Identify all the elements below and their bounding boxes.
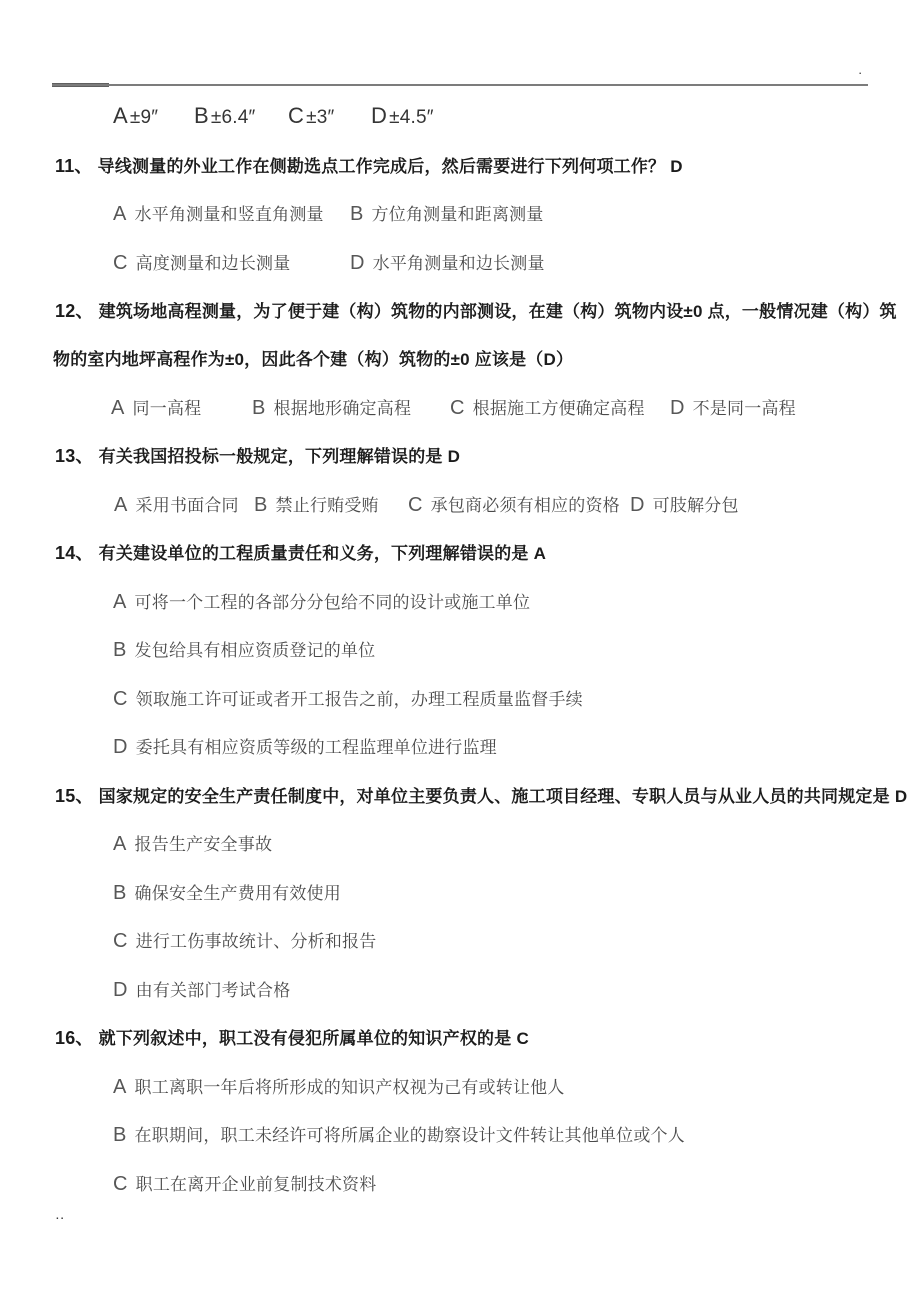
- option-letter: A: [113, 203, 127, 225]
- option-text: ±3″: [306, 107, 334, 128]
- question-12-stem-line-1: 12、建筑场地高程测量，为了便于建（构）筑物的内部测设，在建（构）筑物内设±0 …: [55, 297, 920, 323]
- option-letter: C: [450, 397, 465, 419]
- page-bottom-dots-mark: ..: [56, 1211, 66, 1222]
- question-15-option-d: D由有关部门考试合格: [0, 976, 920, 1002]
- question-12-stem-line-2: 物的室内地坪高程作为±0，因此各个建（构）筑物的±0 应该是（D）: [53, 345, 920, 371]
- question-14-option-d: D委托具有相应资质等级的工程监理单位进行监理: [0, 733, 920, 759]
- option-letter: B: [254, 494, 268, 516]
- question-text: 国家规定的安全生产责任制度中，对单位主要负责人、施工项目经理、专职人员与从业人员…: [99, 787, 890, 806]
- option-letter: C: [113, 688, 128, 710]
- option-text: 高度测量和边长测量: [136, 254, 291, 273]
- option-letter: D: [113, 979, 128, 1001]
- option-text: 水平角测量和边长测量: [373, 254, 545, 273]
- option-item: A±9″: [113, 103, 158, 129]
- question-number: 13、: [55, 446, 94, 466]
- question-14-option-c: C领取施工许可证或者开工报告之前，办理工程质量监督手续: [0, 685, 920, 711]
- option-item: C承包商必须有相应的资格: [408, 491, 620, 517]
- option-text: 在职期间，职工未经许可将所属企业的勘察设计文件转让其他单位或个人: [135, 1126, 685, 1145]
- question-number: 12、: [55, 301, 94, 321]
- option-item: D水平角测量和边长测量: [350, 249, 545, 275]
- question-text: 就下列叙述中，职工没有侵犯所属单位的知识产权的是: [99, 1029, 512, 1048]
- question-text: 有关建设单位的工程质量责任和义务，下列理解错误的是: [99, 544, 529, 563]
- option-text: 禁止行贿受贿: [276, 496, 379, 515]
- option-text: ±4.5″: [389, 107, 434, 128]
- option-letter: A: [113, 1076, 127, 1098]
- stray-dot-mark: ·: [858, 68, 862, 78]
- option-text: 不是同一高程: [693, 399, 796, 418]
- option-item: B根据地形确定高程: [252, 394, 411, 420]
- question-11-stem: 11、导线测量的外业工作在侧勘选点工作完成后，然后需要进行下列何项工作？D: [55, 152, 920, 178]
- option-letter: D: [630, 494, 645, 516]
- option-letter: D: [371, 103, 387, 128]
- option-text: 采用书面合同: [136, 496, 239, 515]
- question-15-option-c: C进行工伤事故统计、分析和报告: [0, 927, 920, 953]
- option-item: D由有关部门考试合格: [113, 976, 290, 1002]
- option-item: A采用书面合同: [114, 491, 239, 517]
- option-item: D±4.5″: [371, 103, 434, 129]
- option-text: 确保安全生产费用有效使用: [135, 884, 341, 903]
- option-item: B在职期间，职工未经许可将所属企业的勘察设计文件转让其他单位或个人: [113, 1121, 685, 1147]
- option-item: B确保安全生产费用有效使用: [113, 879, 341, 905]
- question-text: 有关我国招投标一般规定，下列理解错误的是: [99, 447, 443, 466]
- option-letter: C: [408, 494, 423, 516]
- option-letter: B: [113, 1124, 127, 1146]
- option-text: 领取施工许可证或者开工报告之前，办理工程质量监督手续: [136, 690, 583, 709]
- question-16-option-a: A职工离职一年后将所形成的知识产权视为己有或转让他人: [0, 1073, 920, 1099]
- option-item: C高度测量和边长测量: [113, 249, 290, 275]
- question-11-options-row-2: C高度测量和边长测量 D水平角测量和边长测量: [0, 249, 920, 275]
- question-16-stem: 16、就下列叙述中，职工没有侵犯所属单位的知识产权的是C: [55, 1024, 920, 1050]
- option-text: 水平角测量和竖直角测量: [135, 205, 324, 224]
- question-text: 物的室内地坪高程作为±0，因此各个建（构）筑物的±0 应该是（D）: [53, 350, 573, 369]
- option-letter: B: [113, 882, 127, 904]
- question-15-stem: 15、国家规定的安全生产责任制度中，对单位主要负责人、施工项目经理、专职人员与从…: [55, 782, 920, 808]
- option-text: 承包商必须有相应的资格: [431, 496, 620, 515]
- option-item: A报告生产安全事故: [113, 830, 272, 856]
- question-12-options-row: A同一高程 B根据地形确定高程 C根据施工方便确定高程 D不是同一高程: [0, 394, 920, 420]
- question-15-option-b: B确保安全生产费用有效使用: [0, 879, 920, 905]
- question-13-stem: 13、有关我国招投标一般规定，下列理解错误的是D: [55, 442, 920, 468]
- option-text: 由有关部门考试合格: [136, 981, 291, 1000]
- option-item: C根据施工方便确定高程: [450, 394, 645, 420]
- question-14-stem: 14、有关建设单位的工程质量责任和义务，下列理解错误的是A: [55, 539, 920, 565]
- question-number: 15、: [55, 786, 94, 806]
- question-number: 11、: [55, 156, 93, 176]
- option-text: 发包给具有相应资质登记的单位: [135, 641, 376, 660]
- answer-letter: D: [670, 157, 682, 176]
- option-item: D可肢解分包: [630, 491, 739, 517]
- option-item: A可将一个工程的各部分分包给不同的设计或施工单位: [113, 588, 530, 614]
- header-rule: [52, 84, 868, 86]
- answer-letter: D: [895, 787, 907, 806]
- option-item: A同一高程: [111, 394, 201, 420]
- option-letter: A: [113, 591, 127, 613]
- question-11-options-row-1: A水平角测量和竖直角测量 B方位角测量和距离测量: [0, 200, 920, 226]
- option-item: D委托具有相应资质等级的工程监理单位进行监理: [113, 733, 497, 759]
- answer-letter: A: [534, 544, 546, 563]
- option-letter: B: [252, 397, 266, 419]
- option-item: C进行工伤事故统计、分析和报告: [113, 927, 376, 953]
- option-item: D不是同一高程: [670, 394, 796, 420]
- option-text: 根据地形确定高程: [274, 399, 412, 418]
- option-letter: A: [113, 833, 127, 855]
- question-16-option-b: B在职期间，职工未经许可将所属企业的勘察设计文件转让其他单位或个人: [0, 1121, 920, 1147]
- option-text: ±9″: [130, 107, 158, 128]
- question-14-option-b: B发包给具有相应资质登记的单位: [0, 636, 920, 662]
- question-13-options-row: A采用书面合同 B禁止行贿受贿 C承包商必须有相应的资格 D可肢解分包: [0, 491, 920, 517]
- option-item: B禁止行贿受贿: [254, 491, 379, 517]
- option-letter: A: [111, 397, 125, 419]
- question-text: 导线测量的外业工作在侧勘选点工作完成后，然后需要进行下列何项工作？: [98, 157, 666, 176]
- question-16-option-c: C职工在离开企业前复制技术资料: [0, 1170, 920, 1196]
- option-text: 职工离职一年后将所形成的知识产权视为己有或转让他人: [135, 1078, 565, 1097]
- option-item: B方位角测量和距离测量: [350, 200, 544, 226]
- option-text: 职工在离开企业前复制技术资料: [136, 1175, 377, 1194]
- option-text: 根据施工方便确定高程: [473, 399, 645, 418]
- answer-letter: C: [516, 1029, 528, 1048]
- option-item: A水平角测量和竖直角测量: [113, 200, 324, 226]
- option-letter: B: [113, 639, 127, 661]
- option-item: C±3″: [288, 103, 334, 129]
- option-letter: C: [288, 103, 304, 128]
- option-letter: A: [113, 103, 128, 128]
- option-text: 可肢解分包: [653, 496, 739, 515]
- answer-letter: D: [448, 447, 460, 466]
- option-item: C领取施工许可证或者开工报告之前，办理工程质量监督手续: [113, 685, 583, 711]
- prev-question-options-row: A±9″ B±6.4″ C±3″ D±4.5″: [0, 103, 920, 129]
- option-letter: B: [194, 103, 209, 128]
- option-item: A职工离职一年后将所形成的知识产权视为己有或转让他人: [113, 1073, 565, 1099]
- option-letter: D: [670, 397, 685, 419]
- question-text: 建筑场地高程测量，为了便于建（构）筑物的内部测设，在建（构）筑物内设±0 点，一…: [99, 302, 897, 321]
- option-text: ±6.4″: [211, 107, 256, 128]
- option-item: B发包给具有相应资质登记的单位: [113, 636, 375, 662]
- option-letter: C: [113, 1173, 128, 1195]
- question-14-option-a: A可将一个工程的各部分分包给不同的设计或施工单位: [0, 588, 920, 614]
- option-text: 同一高程: [133, 399, 202, 418]
- option-letter: A: [114, 494, 128, 516]
- option-text: 可将一个工程的各部分分包给不同的设计或施工单位: [135, 593, 531, 612]
- option-text: 报告生产安全事故: [135, 835, 273, 854]
- question-number: 16、: [55, 1028, 94, 1048]
- option-letter: D: [350, 252, 365, 274]
- question-number: 14、: [55, 543, 94, 563]
- document-page: · A±9″ B±6.4″ C±3″ D±4.5″ 11、导线测量的外业工作在侧…: [0, 0, 920, 1302]
- option-letter: B: [350, 203, 364, 225]
- option-letter: C: [113, 930, 128, 952]
- question-15-option-a: A报告生产安全事故: [0, 830, 920, 856]
- option-item: B±6.4″: [194, 103, 255, 129]
- option-text: 方位角测量和距离测量: [372, 205, 544, 224]
- option-text: 进行工伤事故统计、分析和报告: [136, 932, 377, 951]
- option-text: 委托具有相应资质等级的工程监理单位进行监理: [136, 738, 497, 757]
- option-item: C职工在离开企业前复制技术资料: [113, 1170, 376, 1196]
- option-letter: D: [113, 736, 128, 758]
- option-letter: C: [113, 252, 128, 274]
